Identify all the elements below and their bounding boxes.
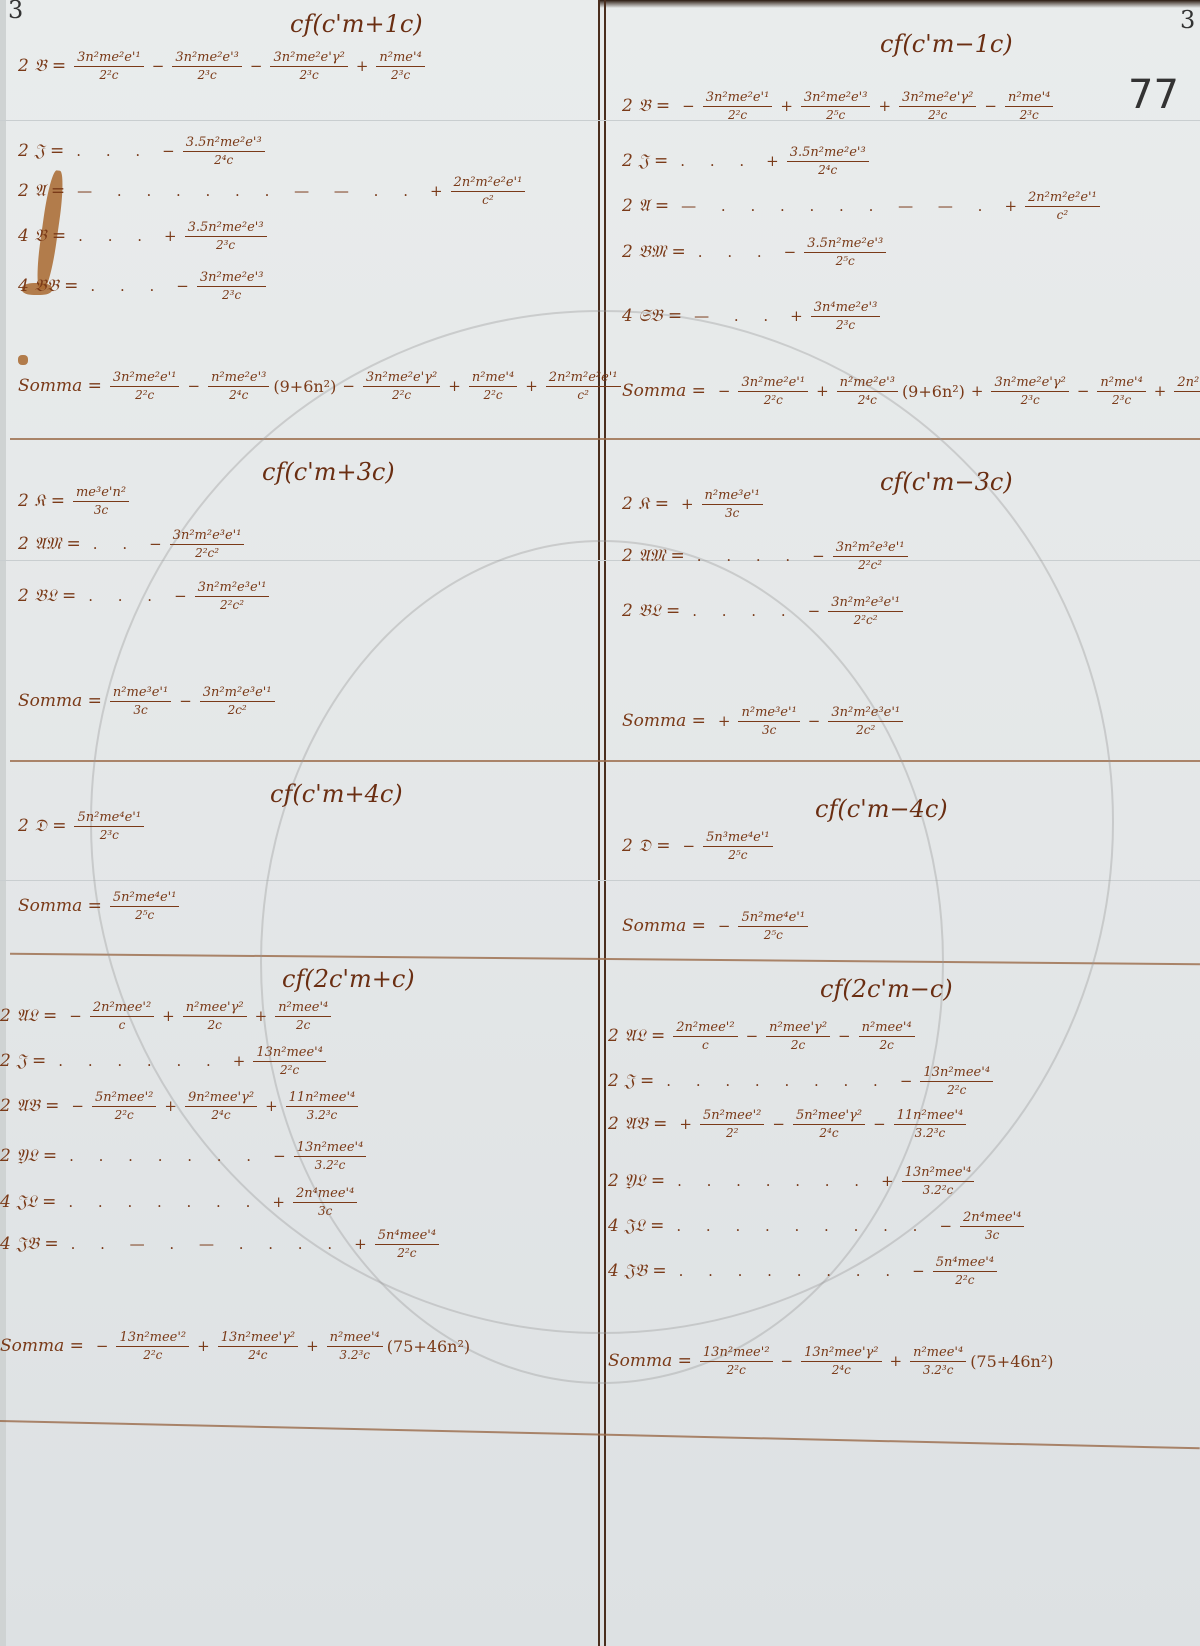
denominator: 2³c [300,67,319,82]
numerator: 3n²m²e³e'¹ [195,580,270,597]
equation-row: Somma =13n²mee'²2²c−13n²mee'γ²2⁴c+n²mee'… [608,1345,1054,1377]
equation-lhs: 2 𝔎 = [18,491,65,511]
fraction: 5n²me⁴e'¹2⁵c [738,910,808,942]
numerator: n²mee'⁴ [859,1020,915,1037]
leader-dots: . . . . [692,602,795,620]
leader-dots: . . . . . . . [677,1172,869,1190]
manuscript-page: 3 3 77 cf(c'm+1c) cf(c'm−1c) cf(c'm+3c) … [0,0,1200,1646]
equation-row: 4 𝔍𝔏 =. . . . . . .+2n⁴mee'⁴3c [0,1186,359,1218]
operator: + [162,1007,175,1025]
denominator: 3.2³c [339,1347,370,1362]
equation-lhs: Somma = [622,916,706,936]
operator: + [233,1052,246,1070]
equation-row: Somma =−13n²mee'²2²c+13n²mee'γ²2⁴c+n²mee… [0,1330,470,1362]
operator: − [746,1027,759,1045]
denominator: 3.2²c [315,1157,346,1172]
equation-lhs: Somma = [18,691,102,711]
operator: + [679,1115,692,1133]
denominator: 2²c [280,1062,299,1077]
section-title: cf(c'm−3c) [880,468,1013,496]
fraction: 3n²m²e³e'¹2²c² [170,528,245,560]
parenthetical-factor: (9+6n²) [902,382,965,401]
fraction: 13n²mee'⁴2²c [253,1045,326,1077]
equation-lhs: Somma = [18,376,102,396]
denominator: 3.2³c [307,1107,338,1122]
operator: − [808,602,821,620]
leader-dots: . . . . . . . . [679,1262,901,1280]
operator: + [164,227,177,245]
fraction: n²me'⁴2³c [1097,375,1145,407]
fraction: 3n²me²e'γ²2³c [991,375,1068,407]
numerator: 3.5n²me²e'³ [787,145,869,162]
fraction: 11n²mee'⁴3.2³c [894,1108,967,1140]
numerator: n²me'⁴ [1097,375,1145,392]
operator: − [784,243,797,261]
denominator: 2²c [727,1362,746,1377]
equation-row: 2 𝔄𝔅 =−5n²mee'²2²c+9n²mee'γ²2⁴c+11n²mee'… [0,1090,360,1122]
equation-row: 2 𝔍 =. . . . . .+13n²mee'⁴2²c [0,1045,328,1077]
denominator: 2³c [1020,107,1039,122]
numerator: 13n²mee'² [700,1345,773,1362]
section-title: cf(2c'm+c) [282,965,415,993]
numerator: 9n²mee'γ² [185,1090,257,1107]
operator: − [162,142,175,160]
numerator: 5n⁴mee'⁴ [933,1255,997,1272]
operator: + [971,382,984,400]
equation-row: 4 𝔖𝔅 =— . .+3n⁴me²e'³2³c [622,300,882,332]
numerator: 3n²me²e'γ² [270,50,347,67]
equation-row: Somma =−5n²me⁴e'¹2⁵c [622,910,810,942]
operator: + [265,1097,278,1115]
equation-row: 2 𝔄𝔅 =+5n²mee'²2²−5n²mee'γ²2⁴c−11n²mee'⁴… [608,1108,968,1140]
operator: + [681,495,694,513]
denominator: 2⁴c [214,152,233,167]
fraction: 2n²m²e²e'¹c² [1025,190,1100,222]
fraction: 5n²me⁴e'¹2⁵c [110,890,180,922]
numerator: n²me'⁴ [469,370,517,387]
numerator: 13n²mee'γ² [218,1330,298,1347]
numerator: 3.5n²me²e'³ [804,236,886,253]
denominator: 2⁵c [836,253,855,268]
fraction: 5n⁴mee'⁴2²c [933,1255,997,1287]
equation-lhs: 4 𝔅𝔅 = [18,276,78,296]
denominator: 2²c [955,1272,974,1287]
numerator: 5n²me⁴e'¹ [74,810,144,827]
equation-row: 2 𝔅𝔐 =. . .−3.5n²me²e'³2⁵c [622,236,888,268]
equation-row: 2 𝔅𝔏 =. . . .−3n²m²e³e'¹2²c² [622,595,905,627]
denominator: 2⁴c [229,387,248,402]
denominator: 2²c² [854,612,878,627]
denominator: 3c [94,502,108,517]
equation-row: 2 𝔅 =−3n²me²e'¹2²c+3n²me²e'³2⁵c+3n²me²e'… [622,90,1055,122]
operator: + [878,97,891,115]
numerator: n²me'⁴ [376,50,424,67]
denominator: 2c² [856,722,875,737]
fraction: 2n⁴mee'⁴3c [293,1186,357,1218]
fraction: 13n²mee'γ²2⁴c [801,1345,881,1377]
parenthetical-factor: (75+46n²) [970,1352,1053,1371]
fraction: n²me³e'¹3c [110,685,171,717]
numerator: n²mee'γ² [183,1000,247,1017]
operator: + [356,57,369,75]
fraction: 3n²me²e'¹2²c [703,90,773,122]
operator: + [272,1193,285,1211]
equation-lhs: 2 𝔄𝔏 = [608,1026,665,1046]
leader-dots: . . . [90,277,164,295]
denominator: 2² [726,1125,738,1140]
denominator: 2²c [483,387,502,402]
numerator: n²mee'⁴ [910,1345,966,1362]
numerator: 13n²mee'⁴ [294,1140,367,1157]
denominator: 2²c [99,67,118,82]
numerator: n²mee'γ² [766,1020,830,1037]
fraction: 2n²m²e²e'¹c² [546,370,621,402]
denominator: 2⁴c [248,1347,267,1362]
denominator: 3c [318,1203,332,1218]
fraction: 13n²mee'⁴3.2²c [294,1140,367,1172]
operator: − [772,1115,785,1133]
denominator: 2⁵c [764,927,783,942]
fraction: 3n²m²e³e'¹2²c² [828,595,903,627]
denominator: 2²c [947,1082,966,1097]
fraction: n²me³e'¹3c [738,705,799,737]
denominator: 2³c [100,827,119,842]
fraction: 2n²m²e²e'¹c² [451,175,526,207]
numerator: 13n²mee'γ² [801,1345,881,1362]
denominator: 2²c [143,1347,162,1362]
numerator: 3n²m²e³e'¹ [828,705,903,722]
denominator: c² [577,387,589,402]
numerator: n²me³e'¹ [702,488,763,505]
operator: + [780,97,793,115]
fraction: 2n²m²e²e'¹c² [1174,375,1200,407]
equation-lhs: 2 𝔍 = [0,1051,46,1071]
operator: − [912,1262,925,1280]
operator: + [306,1337,319,1355]
equation-lhs: 4 𝔍𝔅 = [608,1261,667,1281]
fraction: 2n⁴mee'⁴3c [960,1210,1024,1242]
operator: − [939,1217,952,1235]
equation-row: 2 𝔍 =. . .+3.5n²me²e'³2⁴c [622,145,871,177]
numerator: 3.5n²me²e'³ [183,135,265,152]
numerator: me³e'n² [73,485,129,502]
equation-lhs: 4 𝔖𝔅 = [622,306,682,326]
fraction: 3.5n²me²e'³2⁵c [804,236,886,268]
numerator: 5n²mee'² [92,1090,156,1107]
equation-row: 4 𝔍𝔅 =. . — . — . . . .+5n⁴mee'⁴2²c [0,1228,441,1260]
numerator: 3n²me²e'¹ [110,370,180,387]
equation-lhs: 2 𝔄 = [18,181,65,201]
fraction: 3n²me²e'γ²2³c [899,90,976,122]
operator: − [984,97,997,115]
equation-row: 2 𝔍 =. . . . . . . .−13n²mee'⁴2²c [608,1065,995,1097]
equation-row: Somma =5n²me⁴e'¹2⁵c [18,890,181,922]
parenthetical-factor: (75+46n²) [387,1337,470,1356]
section-title: cf(c'm+4c) [270,780,403,808]
numerator: 2n⁴mee'⁴ [960,1210,1024,1227]
fraction: 5n²mee'γ²2⁴c [793,1108,865,1140]
leader-dots: . . . [78,227,152,245]
fraction: 3n²me²e'³2⁵c [801,90,871,122]
denominator: c² [1057,207,1069,222]
denominator: 2²c [115,1107,134,1122]
numerator: 3n²m²e³e'¹ [170,528,245,545]
denominator: 2³c [198,67,217,82]
denominator: 2²c [764,392,783,407]
denominator: 2c [296,1017,310,1032]
numerator: 3n²m²e³e'¹ [200,685,275,702]
page-top-shadow [600,0,1200,8]
leader-dots: . . . . [697,547,800,565]
fraction: 3n²m²e³e'¹2²c² [833,540,908,572]
operator: − [718,382,731,400]
numerator: 5n²me⁴e'¹ [110,890,180,907]
numerator: 3n²me²e'³ [801,90,871,107]
numerator: 3n²me²e'¹ [738,375,808,392]
numerator: 11n²mee'⁴ [286,1090,359,1107]
denominator: c² [482,192,494,207]
equation-lhs: 2 𝔅𝔐 = [622,242,686,262]
page-number: 3 [1180,6,1195,34]
fraction: n²mee'⁴3.2³c [327,1330,383,1362]
fraction: 3n²me²e'³2³c [197,270,267,302]
equation-lhs: 2 𝔇 = [622,836,670,856]
numerator: 3n²me²e'³ [172,50,242,67]
equation-lhs: 2 𝔄𝔐 = [18,534,81,554]
fraction: 13n²mee'²2²c [700,1345,773,1377]
equation-lhs: 2 𝔄𝔅 = [608,1114,667,1134]
denominator: 2²c [728,107,747,122]
equation-lhs: 4 𝔍𝔅 = [0,1234,59,1254]
equation-row: 2 𝔎 =+n²me³e'¹3c [622,488,765,520]
fraction: 3n²m²e³e'¹2c² [200,685,275,717]
numerator: 13n²mee'² [116,1330,189,1347]
fraction: n²me'⁴2³c [1005,90,1053,122]
fraction: n²me²e'³2⁴c [208,370,269,402]
operator: + [718,712,731,730]
denominator: 2³c [216,237,235,252]
fraction: 3n²me²e'γ²2³c [270,50,347,82]
section-title: cf(2c'm−c) [820,975,953,1003]
denominator: 3.2²c [923,1182,954,1197]
denominator: 2³c [1021,392,1040,407]
denominator: 2²c² [220,597,244,612]
numerator: 11n²mee'⁴ [894,1108,967,1125]
equation-row: 2 𝔅 =3n²me²e'¹2²c−3n²me²e'³2³c−3n²me²e'γ… [18,50,427,82]
denominator: 3c [762,722,776,737]
fraction: n²mee'⁴2c [275,1000,331,1032]
folio-number: 77 [1128,72,1179,118]
denominator: c [119,1017,126,1032]
equation-row: 4 𝔅 =. . .+3.5n²me²e'³2³c [18,220,269,252]
fraction: 5n²mee'²2²c [92,1090,156,1122]
equation-lhs: 2 𝔍 = [608,1071,654,1091]
leader-dots: . . [93,535,137,553]
denominator: 2⁵c [728,847,747,862]
fraction: 5n²me⁴e'¹2³c [74,810,144,842]
denominator: 2²c [397,1245,416,1260]
numerator: 5n²mee'γ² [793,1108,865,1125]
operator: + [766,152,779,170]
section-title: cf(c'm−4c) [815,795,948,823]
section-title: cf(c'm+3c) [262,458,395,486]
equation-lhs: Somma = [18,896,102,916]
denominator: 3c [133,702,147,717]
operator: + [790,307,803,325]
leader-dots: . . . . . . . . . [676,1217,927,1235]
equation-lhs: 4 𝔍𝔏 = [608,1216,664,1236]
fraction: 13n²mee'²2²c [116,1330,189,1362]
denominator: 2⁴c [832,1362,851,1377]
equation-lhs: 4 𝔅 = [18,226,66,246]
equation-row: 2 𝔇 =5n²me⁴e'¹2³c [18,810,146,842]
fraction: n²me'⁴2³c [376,50,424,82]
numerator: 3.5n²me²e'³ [185,220,267,237]
numerator: 2n²m²e²e'¹ [546,370,621,387]
fraction: 3n²me²e'³2³c [172,50,242,82]
operator: + [816,382,829,400]
fraction: n²mee'⁴2c [859,1020,915,1052]
denominator: 2c [208,1017,222,1032]
equation-lhs: 2 𝔜𝔏 = [0,1146,57,1166]
fraction: n²me'⁴2²c [469,370,517,402]
numerator: 5n²mee'² [700,1108,764,1125]
equation-row: 2 𝔅𝔏 =. . .−3n²m²e³e'¹2²c² [18,580,271,612]
numerator: n²me³e'¹ [738,705,799,722]
fraction: 3n²me²e'¹2²c [74,50,144,82]
denominator: 2c² [228,702,247,717]
numerator: 13n²mee'⁴ [253,1045,326,1062]
operator: + [1154,382,1167,400]
operator: − [682,97,695,115]
operator: + [890,1352,903,1370]
equation-lhs: 2 𝔎 = [622,494,669,514]
operator: − [682,837,695,855]
operator: − [273,1147,286,1165]
numerator: n²me'⁴ [1005,90,1053,107]
leader-dots: . . . [680,152,754,170]
operator: − [179,692,192,710]
operator: + [448,377,461,395]
numerator: 13n²mee'⁴ [920,1065,993,1082]
numerator: n²me²e'³ [837,375,898,392]
denominator: 2²c² [195,545,219,560]
fraction: 3.5n²me²e'³2⁴c [183,135,265,167]
parenthetical-factor: (9+6n²) [273,377,336,396]
operator: − [149,535,162,553]
equation-lhs: 2 𝔅𝔏 = [622,601,680,621]
numerator: 2n⁴mee'⁴ [293,1186,357,1203]
equation-row: 2 𝔜𝔏 =. . . . . . .+13n²mee'⁴3.2²c [608,1165,976,1197]
equation-lhs: 2 𝔅 = [18,56,66,76]
fraction: n²mee'γ²2c [766,1020,830,1052]
leader-dots: . . — . — . . . . [71,1235,343,1253]
numerator: 2n²mee'² [673,1020,737,1037]
denominator: 2²c [392,387,411,402]
denominator: 2⁵c [135,907,154,922]
operator: − [808,712,821,730]
fraction: 5n³me⁴e'¹2⁵c [703,830,773,862]
operator: − [873,1115,886,1133]
operator: + [164,1097,177,1115]
fraction: n²mee'⁴3.2³c [910,1345,966,1377]
fraction: 3n²m²e³e'¹2c² [828,705,903,737]
fraction: n²me³e'¹3c [702,488,763,520]
leader-dots: . . . [76,142,150,160]
operator: + [354,1235,367,1253]
leader-dots: . . . . . . . . [666,1072,888,1090]
section-title: cf(c'm+1c) [290,10,423,38]
denominator: 2c [879,1037,893,1052]
fraction: 2n²mee'²c [90,1000,154,1032]
operator: − [250,57,263,75]
operator: + [197,1337,210,1355]
operator: + [430,182,443,200]
equation-row: 2 𝔄𝔏 =2n²mee'²c−n²mee'γ²2c−n²mee'⁴2c [608,1020,917,1052]
operator: − [71,1097,84,1115]
equation-row: 2 𝔄 =— . . . . . . — — . .+2n²m²e²e'¹c² [18,175,527,207]
operator: − [96,1337,109,1355]
operator: − [176,277,189,295]
numerator: n²mee'⁴ [275,1000,331,1017]
equation-lhs: 2 𝔍 = [622,151,668,171]
numerator: n²mee'⁴ [327,1330,383,1347]
denominator: 2⁴c [819,1125,838,1140]
numerator: 2n²m²e²e'¹ [1174,375,1200,392]
equation-lhs: 4 𝔍𝔏 = [0,1192,56,1212]
equation-row: 4 𝔍𝔅 =. . . . . . . .−5n⁴mee'⁴2²c [608,1255,999,1287]
denominator: 2⁴c [858,392,877,407]
equation-lhs: 2 𝔜𝔏 = [608,1171,665,1191]
operator: + [255,1007,268,1025]
denominator: 2²c [135,387,154,402]
equation-row: 2 𝔍 =. . .−3.5n²me²e'³2⁴c [18,135,267,167]
denominator: 3.2³c [923,1362,954,1377]
denominator: 2c [791,1037,805,1052]
equation-row: 2 𝔄𝔐 =. .−3n²m²e³e'¹2²c² [18,528,246,560]
fraction: 3n²me²e'γ²2²c [363,370,440,402]
numerator: 2n²m²e²e'¹ [451,175,526,192]
fraction: 5n⁴mee'⁴2²c [375,1228,439,1260]
equation-lhs: 2 𝔇 = [18,816,66,836]
numerator: 13n²mee'⁴ [902,1165,975,1182]
equation-row: 2 𝔄 =— . . . . . . — — .+2n²m²e²e'¹c² [622,190,1102,222]
left-page-edge [0,0,6,1646]
fraction: 5n²mee'²2² [700,1108,764,1140]
denominator: 2⁴c [211,1107,230,1122]
equation-row: 4 𝔅𝔅 =. . .−3n²me²e'³2³c [18,270,268,302]
denominator: 3.2³c [915,1125,946,1140]
operator: + [525,377,538,395]
leader-dots: — . . . . . . — — . [681,197,992,215]
equation-row: 2 𝔄𝔏 =−2n²mee'²c+n²mee'γ²2c+n²mee'⁴2c [0,1000,333,1032]
numerator: 5n²me⁴e'¹ [738,910,808,927]
operator: − [342,377,355,395]
equation-lhs: Somma = [622,711,706,731]
equation-lhs: Somma = [608,1351,692,1371]
fraction: 11n²mee'⁴3.2³c [286,1090,359,1122]
denominator: 2⁵c [826,107,845,122]
operator: − [187,377,200,395]
numerator: 3n²me²e'³ [197,270,267,287]
operator: − [174,587,187,605]
denominator: 2³c [1112,392,1131,407]
numerator: 2n²m²e²e'¹ [1025,190,1100,207]
equation-row: 2 𝔄𝔐 =. . . .−3n²m²e³e'¹2²c² [622,540,910,572]
corner-mark: 3 [8,0,23,24]
operator: − [900,1072,913,1090]
fraction: 13n²mee'⁴3.2²c [902,1165,975,1197]
